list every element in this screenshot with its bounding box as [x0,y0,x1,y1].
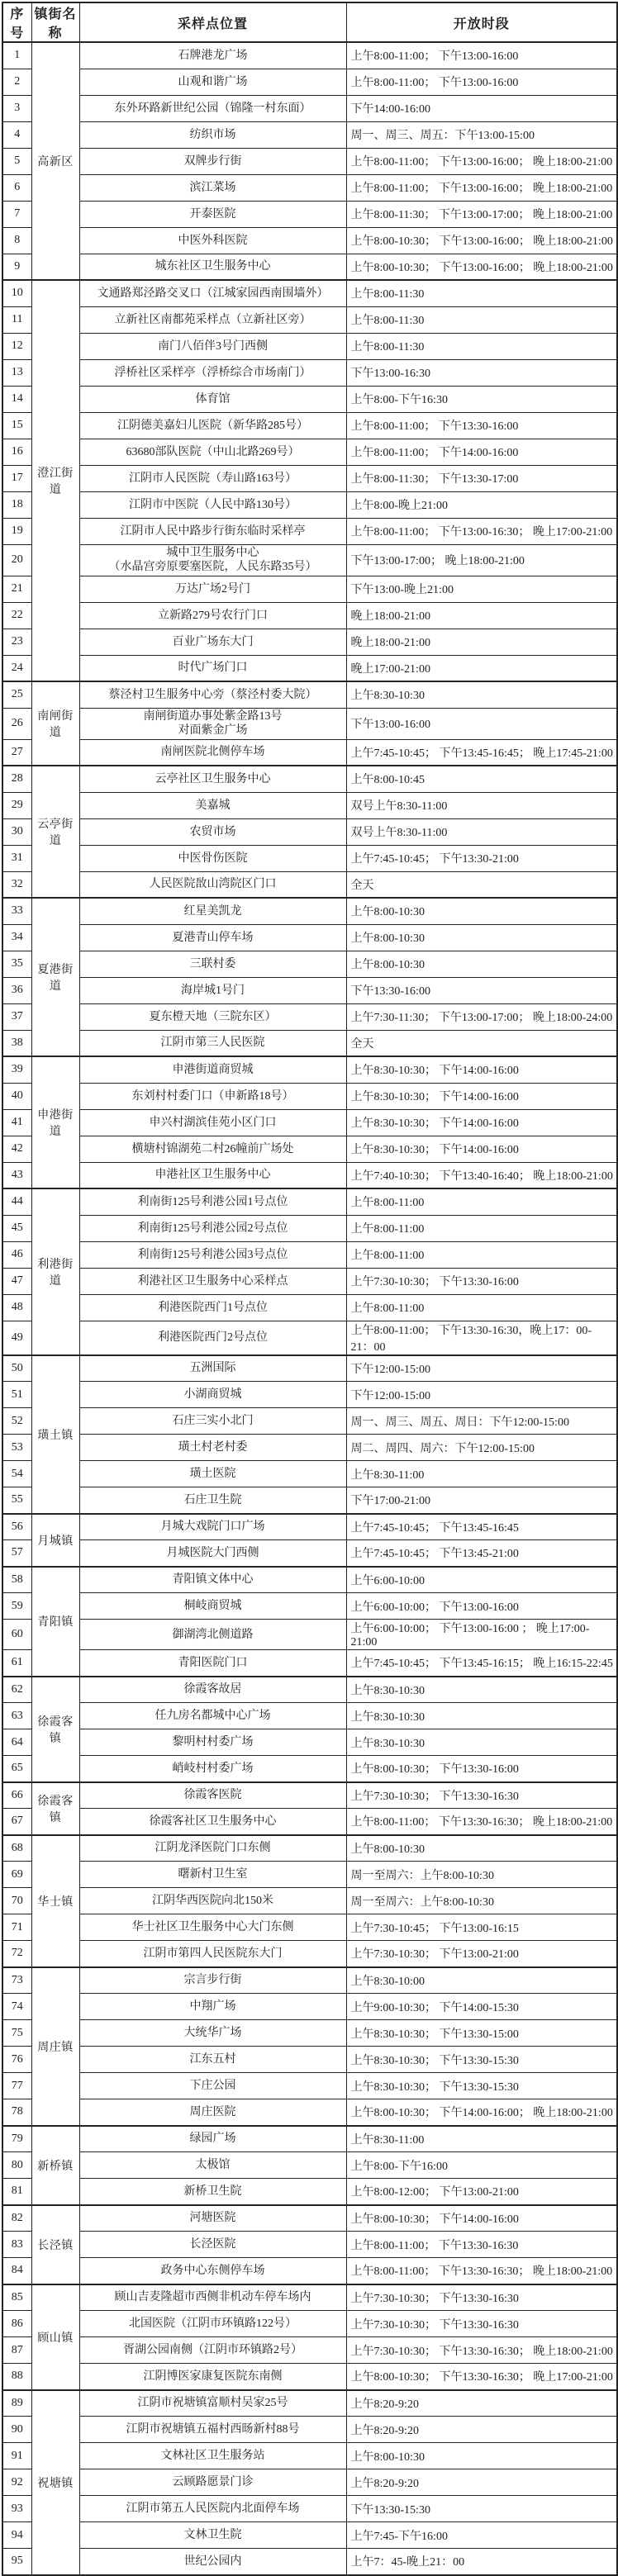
table-row: 73周庄镇宗言步行街上午8:30-10:00 [2,1967,617,1994]
sampling-point-location: 立新社区南都苑采样点（立新社区旁） [79,306,346,333]
table-row: 35三联村委上午8:00-10:30 [2,951,617,977]
sampling-point-location: 江阴华西医院向北150米 [79,1888,346,1914]
town-name: 南闸街道 [31,681,79,766]
table-row: 1663680部队医院（中山北路269号）上午8:00-11:00； 下午14:… [2,439,617,465]
row-number: 3 [2,95,31,121]
sampling-point-location: 东刘村村委门口（申新路18号） [79,1083,346,1109]
table-body: 1高新区石牌港龙广场上午8:00-11:00； 下午13:00-16:002山观… [2,42,617,2575]
open-hours: 上午9:00-10:30； 下午14:00-15:30 [346,1994,617,2020]
sampling-point-location: 申港社区卫生服务中心 [79,1162,346,1188]
row-number: 33 [2,898,31,924]
town-name: 长泾镇 [31,2205,79,2284]
sampling-point-location: 中医外科医院 [79,227,346,254]
sampling-point-location: 利南街125号利港公园1号点位 [79,1188,346,1215]
open-hours: 周一、周三、周五、周日：下午12:00-15:00 [346,1408,617,1435]
row-number: 88 [2,2364,31,2390]
sampling-point-location: 利港医院西门1号点位 [79,1294,346,1321]
table-row: 41申兴村湖滨佳苑小区门口上午8:30-10:30； 下午14:00-16:00 [2,1109,617,1136]
open-hours: 上午7:45-10:45； 下午13:30-21:00 [346,845,617,871]
table-row: 10澄江街道文通路郑泾路交叉口（江城家园西南围墙外）上午8:00-11:30 [2,280,617,306]
table-row: 22立新路279号农行门口晚上18:00-21:00 [2,602,617,629]
sampling-point-location: 南门八佰伴3号门西侧 [79,333,346,359]
sampling-point-location: 石牌港龙广场 [79,42,346,69]
open-hours: 上午8:00-下午16:30 [346,386,617,412]
sampling-point-location: 夏港青山停车场 [79,924,346,951]
table-row: 58青阳镇青阳镇文体中心上午6:00-10:00 [2,1567,617,1593]
sampling-point-location: 城东社区卫生服务中心 [79,254,346,280]
row-number: 81 [2,2179,31,2205]
sampling-point-location: 峭岐村村委广场 [79,1756,346,1782]
open-hours: 上午8:00-11:00 [346,1241,617,1268]
column-header-seq: 序号 [2,2,31,42]
sampling-point-location: 周庄医院 [79,2099,346,2126]
row-number: 73 [2,1967,31,1994]
table-row: 38江阴市第三人民医院全天 [2,1030,617,1056]
table-row: 1高新区石牌港龙广场上午8:00-11:00； 下午13:00-16:00 [2,42,617,69]
table-row: 52石庄三实小北门周一、周三、周五、周日：下午12:00-15:00 [2,1408,617,1435]
sampling-point-location: 璜土村老村委 [79,1435,346,1461]
row-number: 44 [2,1188,31,1215]
table-row: 24时代广场门口晚上17:00-21:00 [2,655,617,681]
open-hours: 上午7:30-10:30； 下午13:30-16:30 [346,1782,617,1809]
table-row: 13浮桥社区采样亭（浮桥综合市场南门）下午13:00-16:30 [2,359,617,386]
open-hours: 下午13:00-17:00； 晚上18:00-21:00 [346,544,617,576]
row-number: 18 [2,491,31,518]
row-number: 75 [2,2020,31,2047]
row-number: 79 [2,2126,31,2152]
sampling-point-location: 江阴龙泽医院门口东侧 [79,1835,346,1862]
row-number: 7 [2,201,31,227]
open-hours: 上午8:00-10:30； 下午14:00-16:00 [346,2205,617,2232]
sampling-point-location: 石庄三实小北门 [79,1408,346,1435]
open-hours: 上午8:00-11:30 [346,280,617,306]
town-name: 月城镇 [31,1514,79,1567]
table-row: 56月城镇月城大戏院门口广场上午7:45-10:45； 下午13:45-16:4… [2,1514,617,1540]
open-hours: 全天 [346,871,617,898]
town-name: 青阳镇 [31,1567,79,1677]
sampling-point-location: 时代广场门口 [79,655,346,681]
sampling-point-location: 文通路郑泾路交叉口（江城家园西南围墙外） [79,280,346,306]
open-hours: 上午8:00-11:00； 下午13:30-16:30 [346,2232,617,2258]
sampling-point-location: 利南街125号利港公园2号点位 [79,1215,346,1241]
open-hours: 上午8:30-10:30； 下午13:30-15:30 [346,2047,617,2073]
row-number: 15 [2,412,31,439]
sampling-point-location: 中医骨伤医院 [79,845,346,871]
sampling-point-location: 申港街道商贸城 [79,1056,346,1083]
town-name: 徐霞客镇 [31,1782,79,1835]
sampling-point-location: 云顾路愿景门诊 [79,2469,346,2496]
sampling-point-location: 蔡泾村卫生服务中心旁（蔡泾村委大院） [79,681,346,708]
sampling-point-location: 人民医院敔山湾院区门口 [79,871,346,898]
open-hours: 上午7:45-10:45； 下午13:45-16:45 [346,1514,617,1540]
table-row: 8中医外科医院上午8:00-10:30； 下午13:00-16:00； 晚上18… [2,227,617,254]
table-row: 69曙新村卫生室周一至周六：上午8:00-10:30 [2,1862,617,1888]
row-number: 60 [2,1620,31,1650]
open-hours: 上午7:30-10:30； 下午13:30-16:30 [346,2284,617,2311]
row-number: 10 [2,280,31,306]
open-hours: 上午7：45-晚上21：00 [346,2549,617,2575]
table-row: 43申港社区卫生服务中心上午7:40-10:30； 下午13:40-16:40；… [2,1162,617,1188]
town-name: 璜土镇 [31,1355,79,1514]
town-name: 云亭街道 [31,766,79,898]
row-number: 67 [2,1809,31,1835]
sampling-point-location: 青阳镇文体中心 [79,1567,346,1593]
open-hours: 上午7:40-10:30； 下午13:40-16:40； 晚上18:00-21:… [346,1162,617,1188]
row-number: 53 [2,1435,31,1461]
table-row: 18江阴市中医院（人民中路130号）上午8:00-晚上21:00 [2,491,617,518]
table-row: 86北国医院（江阴市环镇路122号）上午7:30-10:30； 下午13:30-… [2,2311,617,2337]
row-number: 23 [2,629,31,655]
open-hours: 下午13:00-16:00 [346,708,617,739]
row-number: 82 [2,2205,31,2232]
sampling-point-location: 江阴市人民医院（寿山路163号） [79,465,346,491]
table-row: 81新桥卫生院上午8:00-12:00； 下午13:00-21:00 [2,2179,617,2205]
open-hours: 上午8:30-10:30； 下午13:30-15:00 [346,2020,617,2047]
sampling-point-location: 江阴市第五人民医院内北面停车场 [79,2496,346,2522]
table-row: 82长泾镇河塘医院上午8:00-10:30； 下午14:00-16:00 [2,2205,617,2232]
open-hours: 上午8:30-11:00 [346,1461,617,1487]
open-hours: 晚上17:00-21:00 [346,655,617,681]
table-row: 17江阴市人民医院（寿山路163号）上午8:00-11:30； 下午13:30-… [2,465,617,491]
sampling-point-location: 政务中心东侧停车场 [79,2258,346,2284]
open-hours: 上午8:30-10:30 [346,1729,617,1756]
sampling-point-location: 任九房名都城中心广场 [79,1703,346,1729]
open-hours: 上午7:30-10:30； 下午13:30-16:30 [346,2311,617,2337]
sampling-point-location: 体育馆 [79,386,346,412]
sampling-point-location: 曙新村卫生室 [79,1862,346,1888]
row-number: 34 [2,924,31,951]
row-number: 14 [2,386,31,412]
open-hours: 上午8:30-10:30； 下午14:00-16:00 [346,1109,617,1136]
table-row: 50璜土镇五洲国际下午12:00-15:00 [2,1355,617,1382]
table-row: 45利南街125号利港公园2号点位上午8:00-11:00 [2,1215,617,1241]
row-number: 71 [2,1914,31,1941]
row-number: 86 [2,2311,31,2337]
table-row: 19江阴市人民中路步行街东临时采样亭上午8:00-11:00； 下午13:00-… [2,518,617,544]
table-row: 76江东五村上午8:30-10:30； 下午13:30-15:30 [2,2047,617,2073]
table-row: 14体育馆上午8:00-下午16:30 [2,386,617,412]
sampling-point-location: 河塘医院 [79,2205,346,2232]
row-number: 87 [2,2337,31,2364]
open-hours: 上午7:30-10:30； 下午13:30-16:30； 晚上18:00-21:… [346,2337,617,2364]
table-row: 92云顾路愿景门诊上午8:20-9:20 [2,2469,617,2496]
open-hours: 上午7:45-10:45； 下午13:45-16:45； 晚上17:45-21:… [346,739,617,766]
row-number: 39 [2,1056,31,1083]
open-hours: 上午6:00-10:00； 下午13:00-16:00 [346,1593,617,1620]
sampling-point-location: 百业广场东大门 [79,629,346,655]
row-number: 49 [2,1321,31,1355]
open-hours: 上午8:30-10:30 [346,1703,617,1729]
table-row: 51小湖商贸城下午12:00-15:00 [2,1382,617,1408]
table-row: 42横塘村锦湖苑二村26幢前广场处上午8:30-10:30； 下午14:00-1… [2,1136,617,1162]
open-hours: 周一、周三、周五：下午13:00-15:00 [346,121,617,148]
table-row: 25南闸街道蔡泾村卫生服务中心旁（蔡泾村委大院）上午8:30-10:30 [2,681,617,708]
table-row: 48利港医院西门1号点位上午8:00-11:00 [2,1294,617,1321]
row-number: 77 [2,2073,31,2099]
open-hours: 晚上18:00-21:00 [346,602,617,629]
sampling-point-location: 利南街125号利港公园3号点位 [79,1241,346,1268]
row-number: 47 [2,1268,31,1294]
open-hours: 上午8:30-10:30 [346,681,617,708]
table-row: 95世纪公园内上午7：45-晚上21：00 [2,2549,617,2575]
table-row: 71华士社区卫生服务中心大门东侧上午7:30-10:45； 下午13:00-16… [2,1914,617,1941]
row-number: 36 [2,977,31,1003]
open-hours: 上午8:20-9:20 [346,2417,617,2443]
open-hours: 上午7:45-下午16:00 [346,2522,617,2549]
table-row: 28云亭街道云亭社区卫生服务中心上午8:00-10:45 [2,766,617,792]
sampling-point-location: 夏东橙天地（三院东区） [79,1003,346,1030]
row-number: 27 [2,739,31,766]
row-number: 37 [2,1003,31,1030]
sampling-point-location: 文林社区卫生服务站 [79,2443,346,2469]
row-number: 13 [2,359,31,386]
column-header-location: 采样点位置 [79,2,346,42]
sampling-point-location: 宗言步行街 [79,1967,346,1994]
sampling-point-location: 美嘉城 [79,792,346,818]
table-row: 68华士镇江阴龙泽医院门口东侧上午8:00-10:30 [2,1835,617,1862]
sampling-point-location: 桐岐商贸城 [79,1593,346,1620]
sampling-point-location: 横塘村锦湖苑二村26幢前广场处 [79,1136,346,1162]
table-row: 59桐岐商贸城上午6:00-10:00； 下午13:00-16:00 [2,1593,617,1620]
sampling-point-location: 太极馆 [79,2152,346,2179]
table-row: 83长泾医院上午8:00-11:00； 下午13:30-16:30 [2,2232,617,2258]
table-row: 93江阴市第五人民医院内北面停车场下午13:30-15:30 [2,2496,617,2522]
table-row: 40东刘村村委门口（申新路18号）上午8:30-10:30； 下午14:00-1… [2,1083,617,1109]
open-hours: 上午8:00-10:30； 下午13:00-16:00； 晚上18:00-21:… [346,227,617,254]
row-number: 52 [2,1408,31,1435]
sampling-point-location: 长泾医院 [79,2232,346,2258]
sampling-point-location: 月城大戏院门口广场 [79,1514,346,1540]
row-number: 72 [2,1941,31,1967]
table-row: 67徐霞客社区卫生服务中心上午8:00-11:00； 下午13:30-16:30… [2,1809,617,1835]
table-row: 39申港街道申港街道商贸城上午8:30-10:30； 下午14:00-16:00 [2,1056,617,1083]
table-row: 4纺织市场周一、周三、周五：下午13:00-15:00 [2,121,617,148]
sampling-point-location: 利港社区卫生服务中心采样点 [79,1268,346,1294]
open-hours: 上午8:00-11:00 [346,1188,617,1215]
sampling-point-location: 开泰医院 [79,201,346,227]
row-number: 83 [2,2232,31,2258]
table-row: 64黎明村村委广场上午8:30-10:30 [2,1729,617,1756]
row-number: 57 [2,1540,31,1567]
row-number: 29 [2,792,31,818]
table-row: 54璜土医院上午8:30-11:00 [2,1461,617,1487]
sampling-point-location: 北国医院（江阴市环镇路122号） [79,2311,346,2337]
open-hours: 上午8:30-10:30； 下午13:30-15:30 [346,2073,617,2099]
open-hours: 上午8:00-11:00； 下午13:00-16:30； 晚上17:00-21:… [346,518,617,544]
table-row: 85顾山镇顾山吉麦隆超市西侧非机动车停车场内上午7:30-10:30； 下午13… [2,2284,617,2311]
open-hours: 上午8:30-10:30 [346,1677,617,1703]
row-number: 84 [2,2258,31,2284]
sampling-point-location: 御湖湾北侧道路 [79,1620,346,1650]
row-number: 56 [2,1514,31,1540]
open-hours: 上午8:00-11:00 [346,1294,617,1321]
row-number: 4 [2,121,31,148]
sampling-point-location: 城中卫生服务中心 （水晶宫旁原要塞医院，人民东路35号） [79,544,346,576]
open-hours: 双号上午8:30-11:00 [346,792,617,818]
row-number: 91 [2,2443,31,2469]
sampling-point-location: 徐霞客社区卫生服务中心 [79,1809,346,1835]
open-hours: 下午12:00-15:00 [346,1382,617,1408]
table-row: 72江阴市第四人民医院东大门上午7:30-10:30； 下午13:00-21:0… [2,1941,617,1967]
table-row: 80太极馆上午8:00-下午16:00 [2,2152,617,2179]
sampling-point-location: 海岸城1号门 [79,977,346,1003]
sampling-point-location: 新桥卫生院 [79,2179,346,2205]
row-number: 54 [2,1461,31,1487]
table-row: 23百业广场东大门晚上18:00-21:00 [2,629,617,655]
table-row: 21万达广场2号门下午13:00-晚上21:00 [2,576,617,602]
sampling-point-location: 胥湖公园南侧（江阴市环镇路2号） [79,2337,346,2364]
open-hours: 双号上午8:30-11:00 [346,818,617,845]
sampling-point-location: 石庄卫生院 [79,1487,346,1514]
row-number: 19 [2,518,31,544]
table-header-row: 序号 镇街名称 采样点位置 开放时段 [2,2,617,42]
row-number: 50 [2,1355,31,1382]
row-number: 70 [2,1888,31,1914]
sampling-point-location: 三联村委 [79,951,346,977]
table-row: 49利港医院西门2号点位上午8:00-11:00； 下午13:30-16:30，… [2,1321,617,1355]
sampling-point-location: 下庄公园 [79,2073,346,2099]
table-row: 60御湖湾北侧道路上午6:00-10:00； 下午13:00-16:00 ； 晚… [2,1620,617,1650]
town-name: 顾山镇 [31,2284,79,2390]
open-hours: 上午8:00-11:00； 下午13:00-16:00； 晚上18:00-21:… [346,148,617,174]
row-number: 66 [2,1782,31,1809]
open-hours: 上午8:20-9:20 [346,2469,617,2496]
table-row: 55石庄卫生院下午17:00-21:00 [2,1487,617,1514]
row-number: 85 [2,2284,31,2311]
row-number: 90 [2,2417,31,2443]
row-number: 80 [2,2152,31,2179]
sampling-point-location: 五洲国际 [79,1355,346,1382]
open-hours: 上午8:00-10:30 [346,1835,617,1862]
sampling-point-location: 江阴市中医院（人民中路130号） [79,491,346,518]
row-number: 68 [2,1835,31,1862]
open-hours: 上午8:00-10:30 [346,898,617,924]
table-row: 91文林社区卫生服务站上午8:00-10:30 [2,2443,617,2469]
sampling-point-location: 小湖商贸城 [79,1382,346,1408]
row-number: 59 [2,1593,31,1620]
table-row: 26南闸街道办事处紫金路13号 对面紫金广场下午13:00-16:00 [2,708,617,739]
open-hours: 上午7:45-10:45； 下午13:45-21:00 [346,1540,617,1567]
town-name: 新桥镇 [31,2126,79,2205]
open-hours: 上午8:00-10:30 [346,924,617,951]
sampling-point-location: 江阴市祝塘镇富顺村吴家25号 [79,2390,346,2417]
sampling-point-location: 红星美凯龙 [79,898,346,924]
sampling-point-location: 青阳医院门口 [79,1650,346,1677]
row-number: 25 [2,681,31,708]
open-hours: 上午7:30-10:30； 下午13:30-16:00 [346,1268,617,1294]
table-row: 44利港街道利南街125号利港公园1号点位上午8:00-11:00 [2,1188,617,1215]
open-hours: 周二、周四、周六：下午12:00-15:00 [346,1435,617,1461]
open-hours: 上午8:30-10:30； 下午14:00-16:00 [346,1056,617,1083]
open-hours: 上午8:30-10:00 [346,1967,617,1994]
open-hours: 下午13:00-16:30 [346,359,617,386]
open-hours: 晚上18:00-21:00 [346,629,617,655]
row-number: 63 [2,1703,31,1729]
row-number: 8 [2,227,31,254]
table-row: 70江阴华西医院向北150米周一至周六：上午8:00-10:30 [2,1888,617,1914]
open-hours: 上午8:00-11:00 [346,1215,617,1241]
row-number: 31 [2,845,31,871]
row-number: 62 [2,1677,31,1703]
open-hours: 上午8:00-11:00； 下午13:00-16:00 [346,69,617,95]
table-row: 29美嘉城双号上午8:30-11:00 [2,792,617,818]
sampling-point-location: 江阴博医家康复医院东南侧 [79,2364,346,2390]
table-row: 87胥湖公园南侧（江阴市环镇路2号）上午7:30-10:30； 下午13:30-… [2,2337,617,2364]
open-hours: 上午8:00-12:00； 下午13:00-21:00 [346,2179,617,2205]
row-number: 16 [2,439,31,465]
table-row: 89祝塘镇江阴市祝塘镇富顺村吴家25号上午8:20-9:20 [2,2390,617,2417]
row-number: 32 [2,871,31,898]
table-row: 78周庄医院上午8:00-10:30； 下午14:00-16:00； 晚上18:… [2,2099,617,2126]
town-name: 利港街道 [31,1188,79,1355]
open-hours: 周一至周六：上午8:00-10:30 [346,1862,617,1888]
row-number: 12 [2,333,31,359]
table-row: 61青阳医院门口上午7:45-10:45； 下午13:45-16:15； 晚上1… [2,1650,617,1677]
sampling-point-location: 山观和谐广场 [79,69,346,95]
row-number: 20 [2,544,31,576]
table-row: 79新桥镇绿园广场上午8:30-11:00 [2,2126,617,2152]
sampling-point-location: 江阴市祝塘镇五福村西旸新村88号 [79,2417,346,2443]
table-row: 37夏东橙天地（三院东区）上午7:30-11:30； 下午13:00-17:00… [2,1003,617,1030]
open-hours: 上午8:00-11:30； 下午13:30-17:00 [346,465,617,491]
row-number: 95 [2,2549,31,2575]
open-hours: 上午8:00-10:30； 下午13:30-16:00 [346,1756,617,1782]
table-row: 47利港社区卫生服务中心采样点上午7:30-10:30； 下午13:30-16:… [2,1268,617,1294]
open-hours: 上午8:00-11:00； 下午13:30-16:30； 晚上18:00-21:… [346,2258,617,2284]
sampling-point-location: 申兴村湖滨佳苑小区门口 [79,1109,346,1136]
table-row: 34夏港青山停车场上午8:00-10:30 [2,924,617,951]
sampling-point-location: 云亭社区卫生服务中心 [79,766,346,792]
sampling-point-location: 利港医院西门2号点位 [79,1321,346,1355]
table-row: 32人民医院敔山湾院区门口全天 [2,871,617,898]
open-hours: 上午8:00-11:00； 下午14:00-16:00 [346,439,617,465]
table-row: 77下庄公园上午8:30-10:30； 下午13:30-15:30 [2,2073,617,2099]
table-row: 3东外环路新世纪公园（锦隆一村东面）下午14:00-16:00 [2,95,617,121]
table-row: 6滨江菜场上午8:00-11:00； 下午13:00-16:00； 晚上18:0… [2,174,617,201]
sampling-points-table: 序号 镇街名称 采样点位置 开放时段 1高新区石牌港龙广场上午8:00-11:0… [2,2,618,2576]
row-number: 22 [2,602,31,629]
row-number: 76 [2,2047,31,2073]
open-hours: 上午8:30-11:00 [346,2126,617,2152]
sampling-point-location: 璜土医院 [79,1461,346,1487]
sampling-point-location: 63680部队医院（中山北路269号） [79,439,346,465]
table-row: 30农贸市场双号上午8:30-11:00 [2,818,617,845]
row-number: 92 [2,2469,31,2496]
row-number: 69 [2,1862,31,1888]
table-row: 2山观和谐广场上午8:00-11:00； 下午13:00-16:00 [2,69,617,95]
table-row: 63任九房名都城中心广场上午8:30-10:30 [2,1703,617,1729]
row-number: 21 [2,576,31,602]
table-row: 90江阴市祝塘镇五福村西旸新村88号上午8:20-9:20 [2,2417,617,2443]
table-row: 11立新社区南都苑采样点（立新社区旁）上午8:00-11:30 [2,306,617,333]
sampling-point-location: 中翔广场 [79,1994,346,2020]
sampling-point-location: 农贸市场 [79,818,346,845]
open-hours: 下午13:00-晚上21:00 [346,576,617,602]
row-number: 89 [2,2390,31,2417]
sampling-point-location: 文林卫生院 [79,2522,346,2549]
row-number: 64 [2,1729,31,1756]
sampling-point-location: 南闸医院北侧停车场 [79,739,346,766]
open-hours: 上午7:45-10:45； 下午13:45-16:15； 晚上16:15-22:… [346,1650,617,1677]
row-number: 26 [2,708,31,739]
row-number: 51 [2,1382,31,1408]
open-hours: 上午8:00-11:00； 下午13:30-16:30； 晚上18:00-21:… [346,1809,617,1835]
row-number: 45 [2,1215,31,1241]
open-hours: 上午8:00-10:30； 下午14:00-16:00； 晚上18:00-21:… [346,2099,617,2126]
open-hours: 上午8:00-下午16:00 [346,2152,617,2179]
open-hours: 上午8:00-11:00； 下午13:00-16:00 [346,42,617,69]
row-number: 11 [2,306,31,333]
